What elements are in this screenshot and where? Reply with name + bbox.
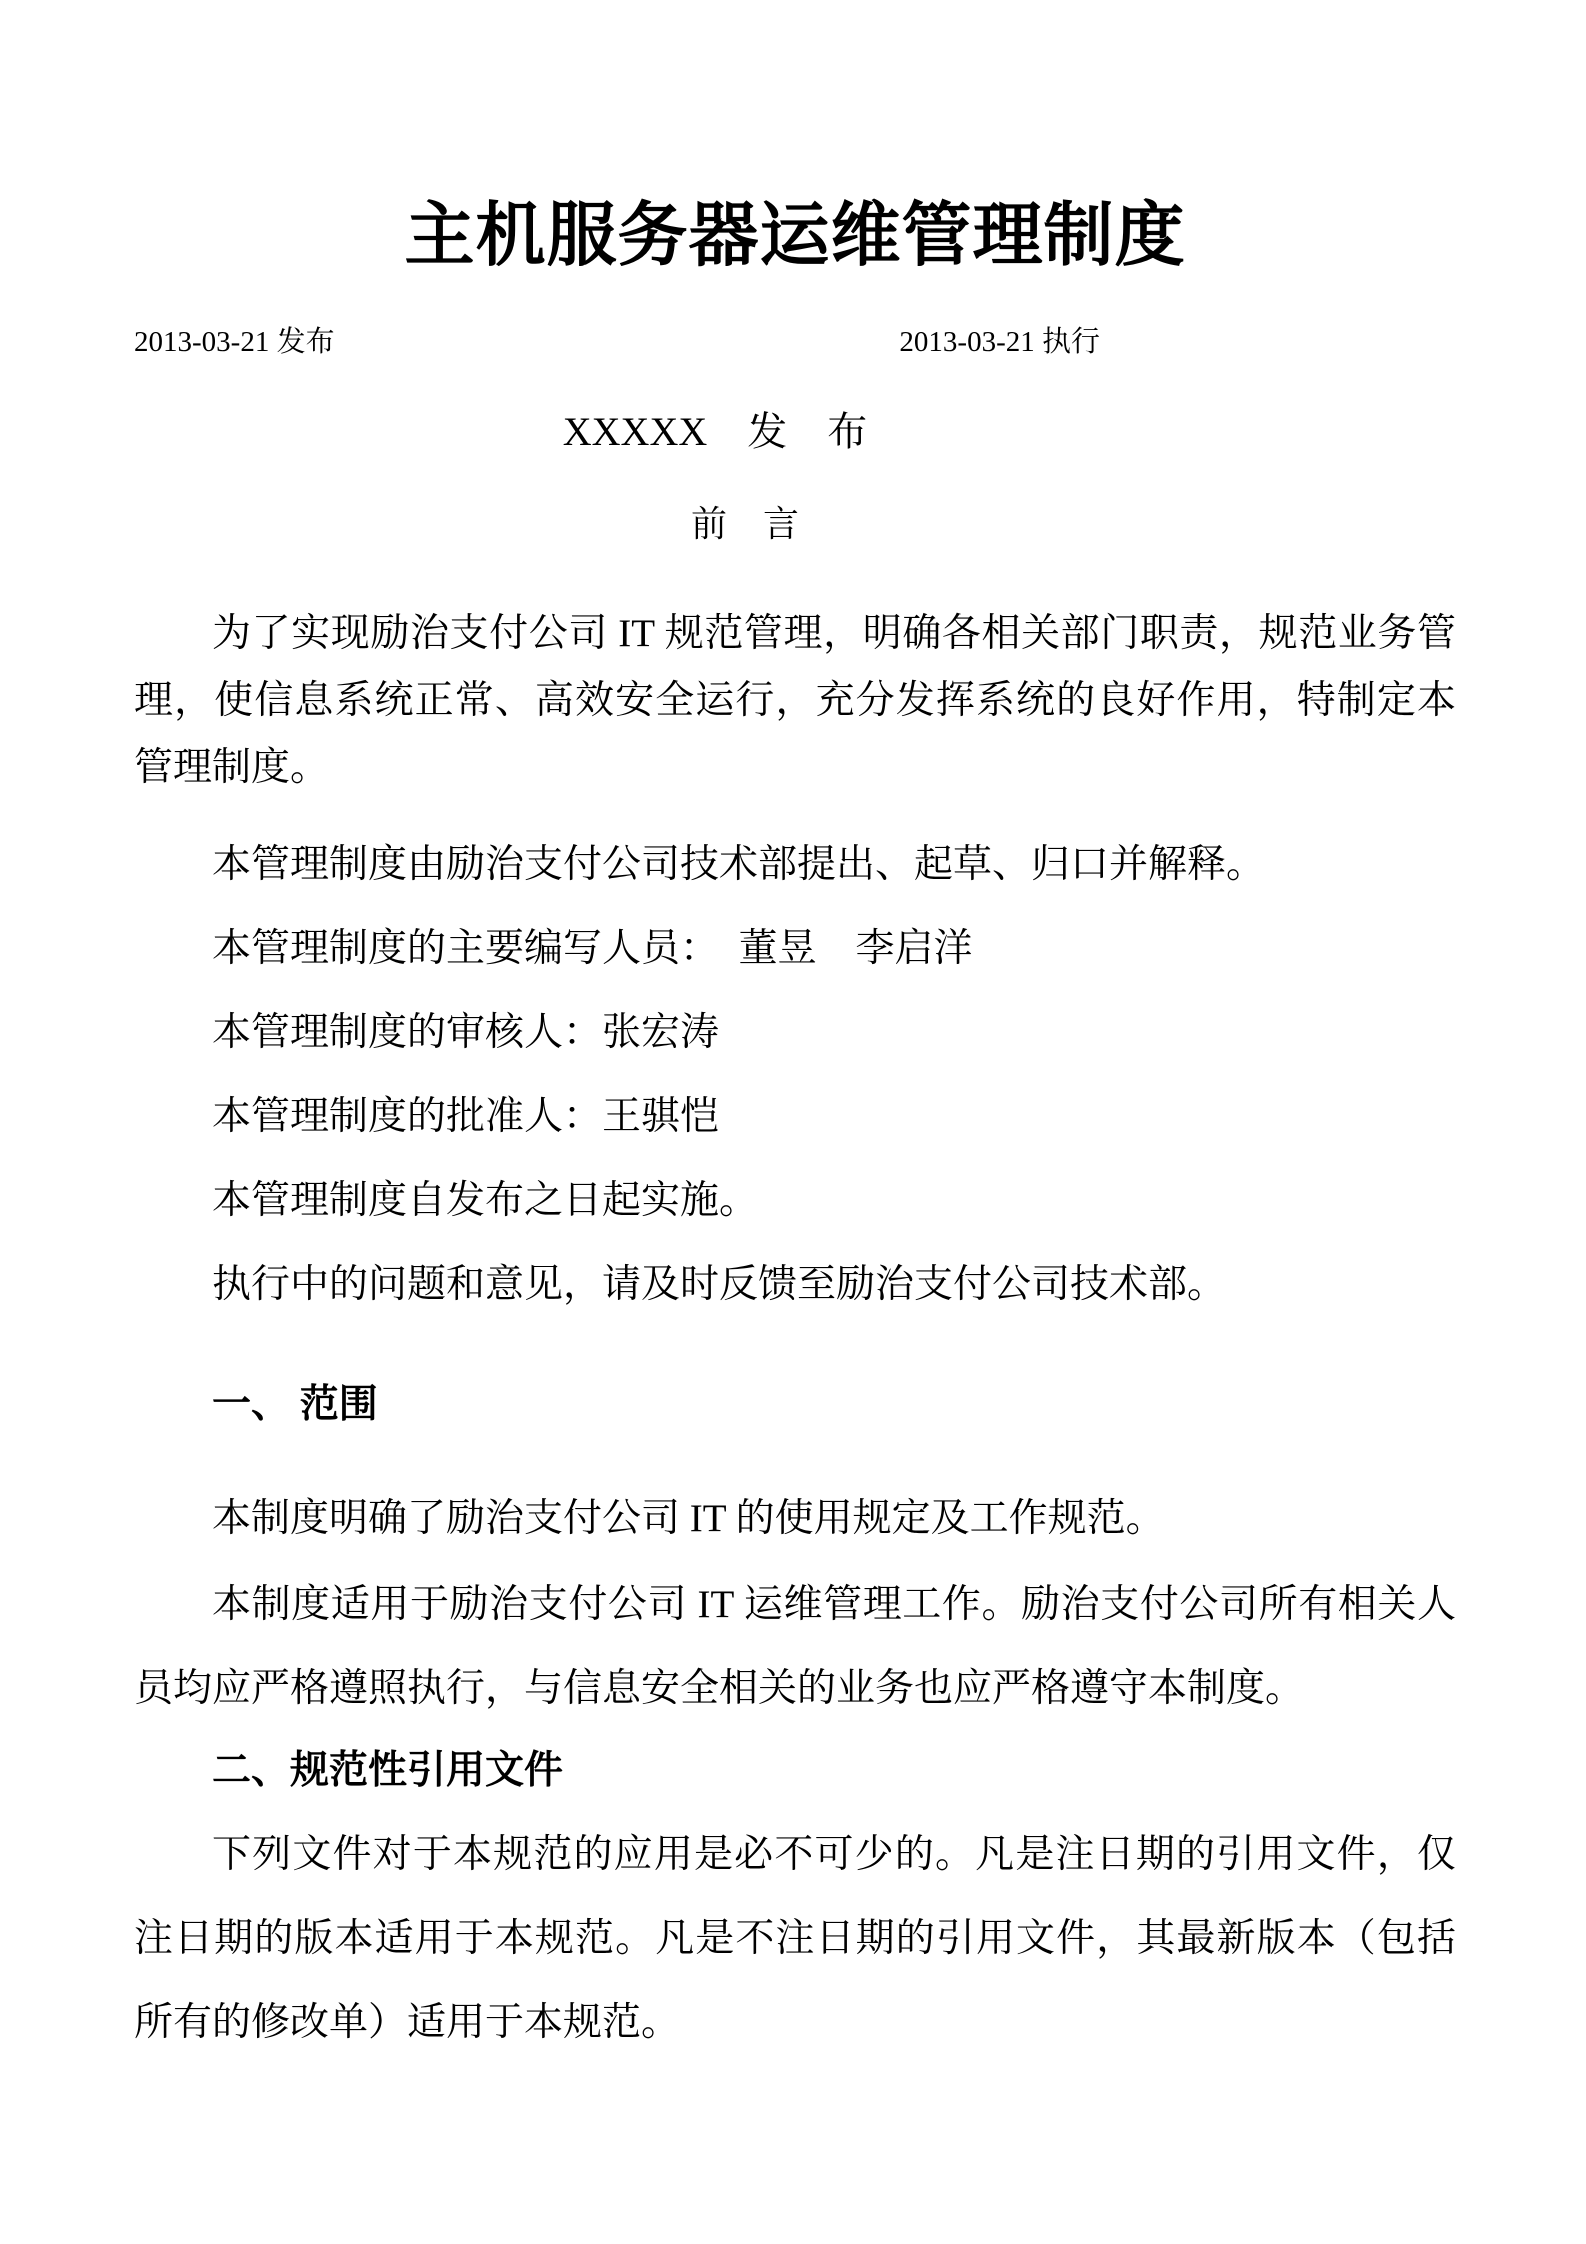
- foreword-paragraph: 为了实现励治支付公司 IT 规范管理，明确各相关部门职责，规范业务管理，使信息系…: [134, 600, 1456, 801]
- date-row: 2013-03-21 发布 2013-03-21 执行: [134, 322, 1456, 362]
- release-date: 2013-03-21 发布: [134, 322, 335, 362]
- foreword-paragraph: 本管理制度自发布之日起实施。: [134, 1173, 1456, 1229]
- document-title: 主机服务器运维管理制度: [134, 198, 1456, 276]
- document-page: 主机服务器运维管理制度 2013-03-21 发布 2013-03-21 执行 …: [0, 0, 1586, 2244]
- publisher-line: XXXXX 发 布: [54, 406, 1376, 458]
- foreword-paragraph-authors: 本管理制度的主要编写人员： 董昱 李启洋: [134, 921, 1456, 977]
- foreword-heading: 前 言: [84, 500, 1406, 548]
- foreword-paragraph-approver: 本管理制度的批准人：王骐恺: [134, 1089, 1456, 1145]
- effective-date: 2013-03-21 执行: [899, 322, 1100, 362]
- foreword-paragraph-reviewer: 本管理制度的审核人：张宏涛: [134, 1005, 1456, 1061]
- section-1-heading: 一、 范围: [134, 1377, 1456, 1433]
- section-1-paragraph: 本制度明确了励治支付公司 IT 的使用规定及工作规范。: [134, 1491, 1456, 1547]
- foreword-paragraph: 本管理制度由励治支付公司技术部提出、起草、归口并解释。: [134, 837, 1456, 893]
- section-2-heading: 二、规范性引用文件: [134, 1743, 1456, 1799]
- section-2-paragraph: 下列文件对于本规范的应用是必不可少的。凡是注日期的引用文件，仅注日期的版本适用于…: [134, 1813, 1456, 2065]
- foreword-paragraph: 执行中的问题和意见，请及时反馈至励治支付公司技术部。: [134, 1257, 1456, 1313]
- section-1-paragraph: 本制度适用于励治支付公司 IT 运维管理工作。励治支付公司所有相关人员均应严格遵…: [134, 1563, 1456, 1731]
